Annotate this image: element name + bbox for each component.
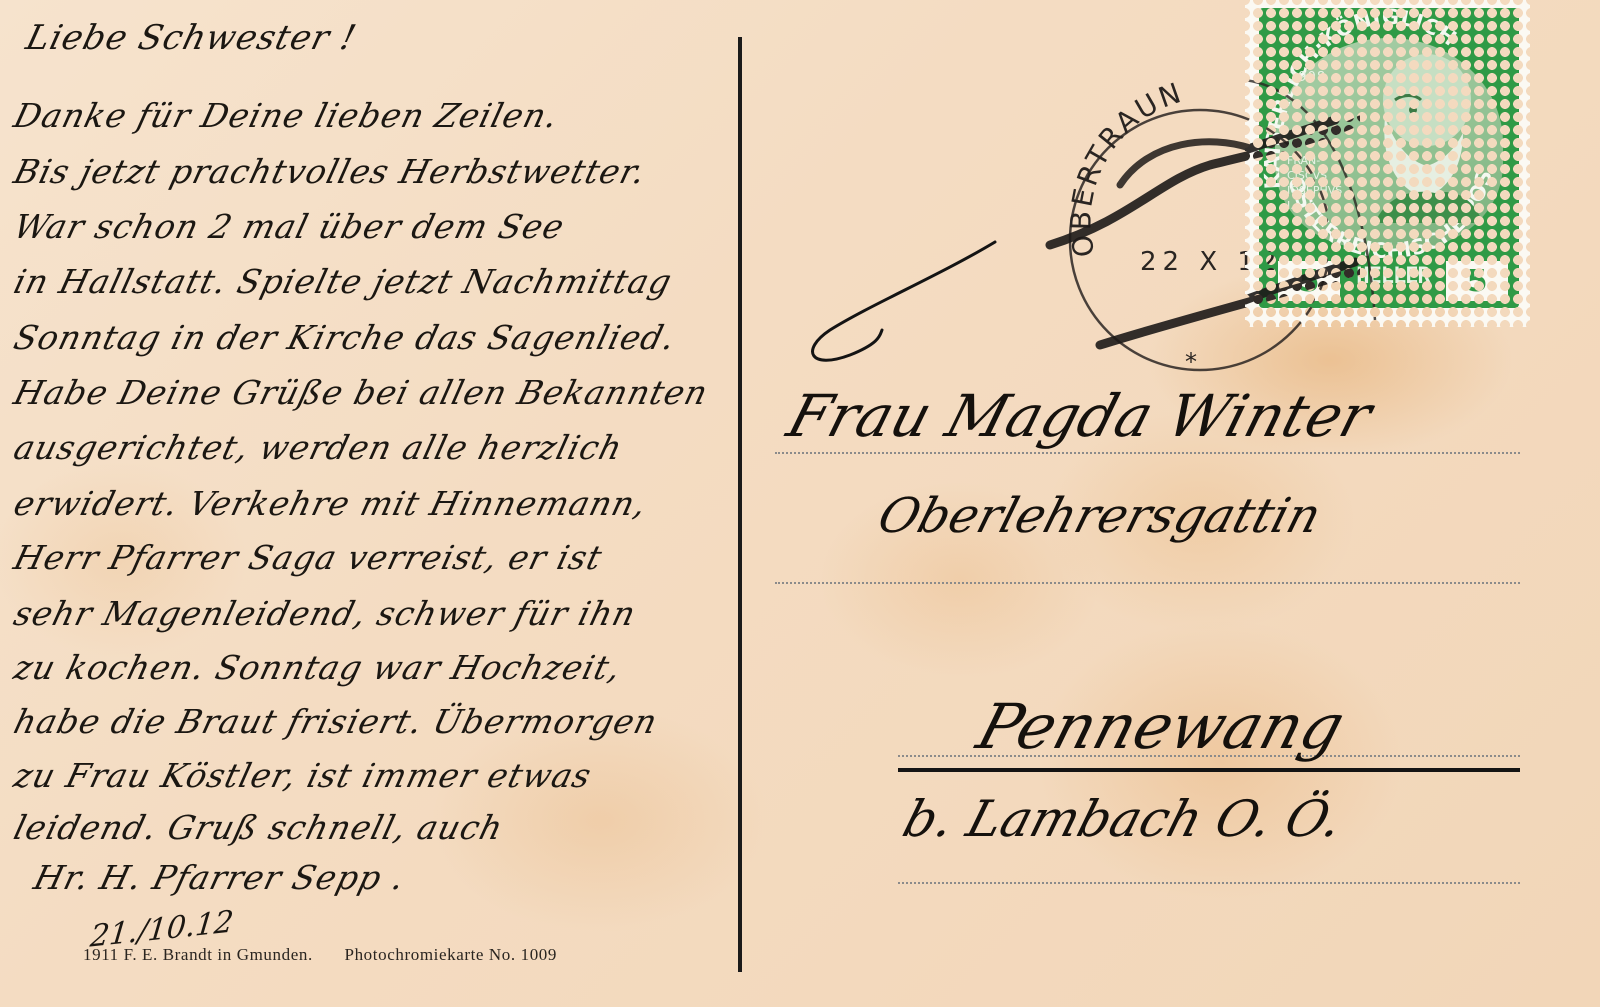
stamp-value-right: 5 [1443, 258, 1511, 304]
stamp-currency: HELLER [1345, 264, 1441, 289]
caption-line: I. [1287, 198, 1357, 213]
postmark-star: * [1185, 348, 1197, 376]
message-line: Sonntag in der Kirche das Sagenlied. [10, 318, 680, 357]
message-line: War schon 2 mal über dem See [10, 207, 569, 246]
message-line: Hr. H. Pfarrer Sepp . [30, 858, 409, 897]
address-solid-line [898, 768, 1520, 772]
postcard: Liebe Schwester ! Danke für Deine lieben… [0, 0, 1600, 1007]
caption-line: IOSEPHVS [1287, 183, 1357, 198]
recipient-title: Oberlehrersgattin [872, 488, 1327, 544]
message-line: ausgerichtet, werden alle herzlich [10, 428, 627, 467]
message-line: Herr Pfarrer Saga verreist, er ist [10, 538, 607, 577]
message-line: Habe Deine Grüße bei allen Bekannten [10, 373, 712, 412]
postage-stamp: KAISERLICH·KÖNIGLICH ÖSTERREICHISCHE POS… [1245, 0, 1530, 327]
recipient-town: Pennewang [970, 690, 1353, 763]
handwritten-message: Liebe Schwester ! Danke für Deine lieben… [10, 0, 740, 940]
message-line: Bis jetzt prachtvolles Herbstwetter. [10, 152, 650, 191]
caption-line: FRAN- [1287, 153, 1357, 168]
emperor-portrait-icon [1355, 48, 1483, 223]
message-line: Liebe Schwester ! [22, 18, 361, 58]
message-line: in Hallstatt. Spielte jetzt Nachmittag [10, 262, 676, 301]
message-line: zu kochen. Sonntag war Hochzeit, [10, 648, 626, 687]
message-line: habe die Braut frisiert. Übermorgen [10, 702, 662, 741]
pen-flourish [780, 215, 1020, 375]
message-line: sehr Magenleidend, schwer für ihn [10, 594, 640, 633]
imprint-series: Photochromiekarte No. 1009 [345, 945, 557, 964]
stamp-portrait-caption: FRAN- CISCVS IOSEPHVS I. [1287, 153, 1357, 213]
message-line: erwidert. Verkehre mit Hinnemann, [10, 484, 651, 523]
center-divider [738, 37, 742, 972]
imprint-publisher: F. E. Brandt in Gmunden. [124, 945, 313, 964]
address-dotted-line [898, 882, 1520, 884]
publisher-imprint: 1911 F. E. Brandt in Gmunden. Photochrom… [83, 945, 557, 965]
address-dotted-line [775, 452, 1520, 454]
message-line: zu Frau Köstler, ist immer etwas [10, 756, 596, 795]
caption-line: CISCVS [1287, 168, 1357, 183]
stamp-year: 1908 [1289, 70, 1326, 85]
message-line: Danke für Deine lieben Zeilen. [10, 96, 563, 135]
message-line: leidend. Gruß schnell, auch [10, 808, 508, 847]
stamp-frame: KAISERLICH·KÖNIGLICH ÖSTERREICHISCHE POS… [1259, 8, 1519, 308]
stamp-value-left: 5 [1275, 258, 1343, 304]
address-dotted-line [775, 582, 1520, 584]
imprint-year: 1911 [83, 945, 119, 964]
recipient-district: b. Lambach O. Ö. [897, 790, 1350, 848]
